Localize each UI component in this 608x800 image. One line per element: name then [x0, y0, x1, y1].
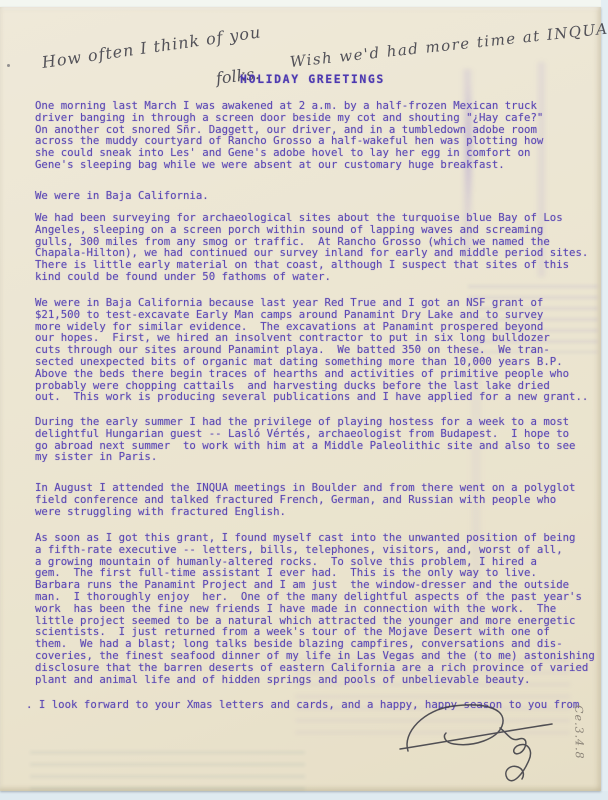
signature-scrawl: [398, 697, 556, 791]
scanner-edge-top: [0, 0, 608, 7]
letter-title: HOLIDAY GREETINGS: [0, 72, 601, 86]
bleedthrough-text-bottom: [30, 751, 305, 797]
scanner-edge-right: [601, 0, 608, 800]
paragraph-1: One morning last March I was awakened at…: [35, 100, 543, 171]
scanner-edge-bottom: [0, 791, 608, 800]
letter-page: How often I think of you folks. Wish we'…: [0, 7, 601, 791]
paragraph-6: In August I attended the INQUA meetings …: [35, 482, 576, 517]
paragraph-4: We were in Baja California because last …: [35, 297, 588, 403]
handwritten-note-part3: Wish we'd had more time at INQUA.: [289, 19, 608, 71]
paragraph-3: We had been surveying for archaeological…: [35, 212, 588, 283]
handwritten-note-part1: How often I think of you: [41, 22, 263, 72]
paragraph-2: We were in Baja California.: [35, 190, 209, 202]
paragraph-7: As soon as I got this grant, I found mys…: [35, 532, 595, 685]
paragraph-5: During the early summer I had the privil…: [35, 416, 576, 463]
catalog-number: Ce.3.4.8: [572, 705, 586, 760]
paper-speck: [7, 64, 10, 67]
